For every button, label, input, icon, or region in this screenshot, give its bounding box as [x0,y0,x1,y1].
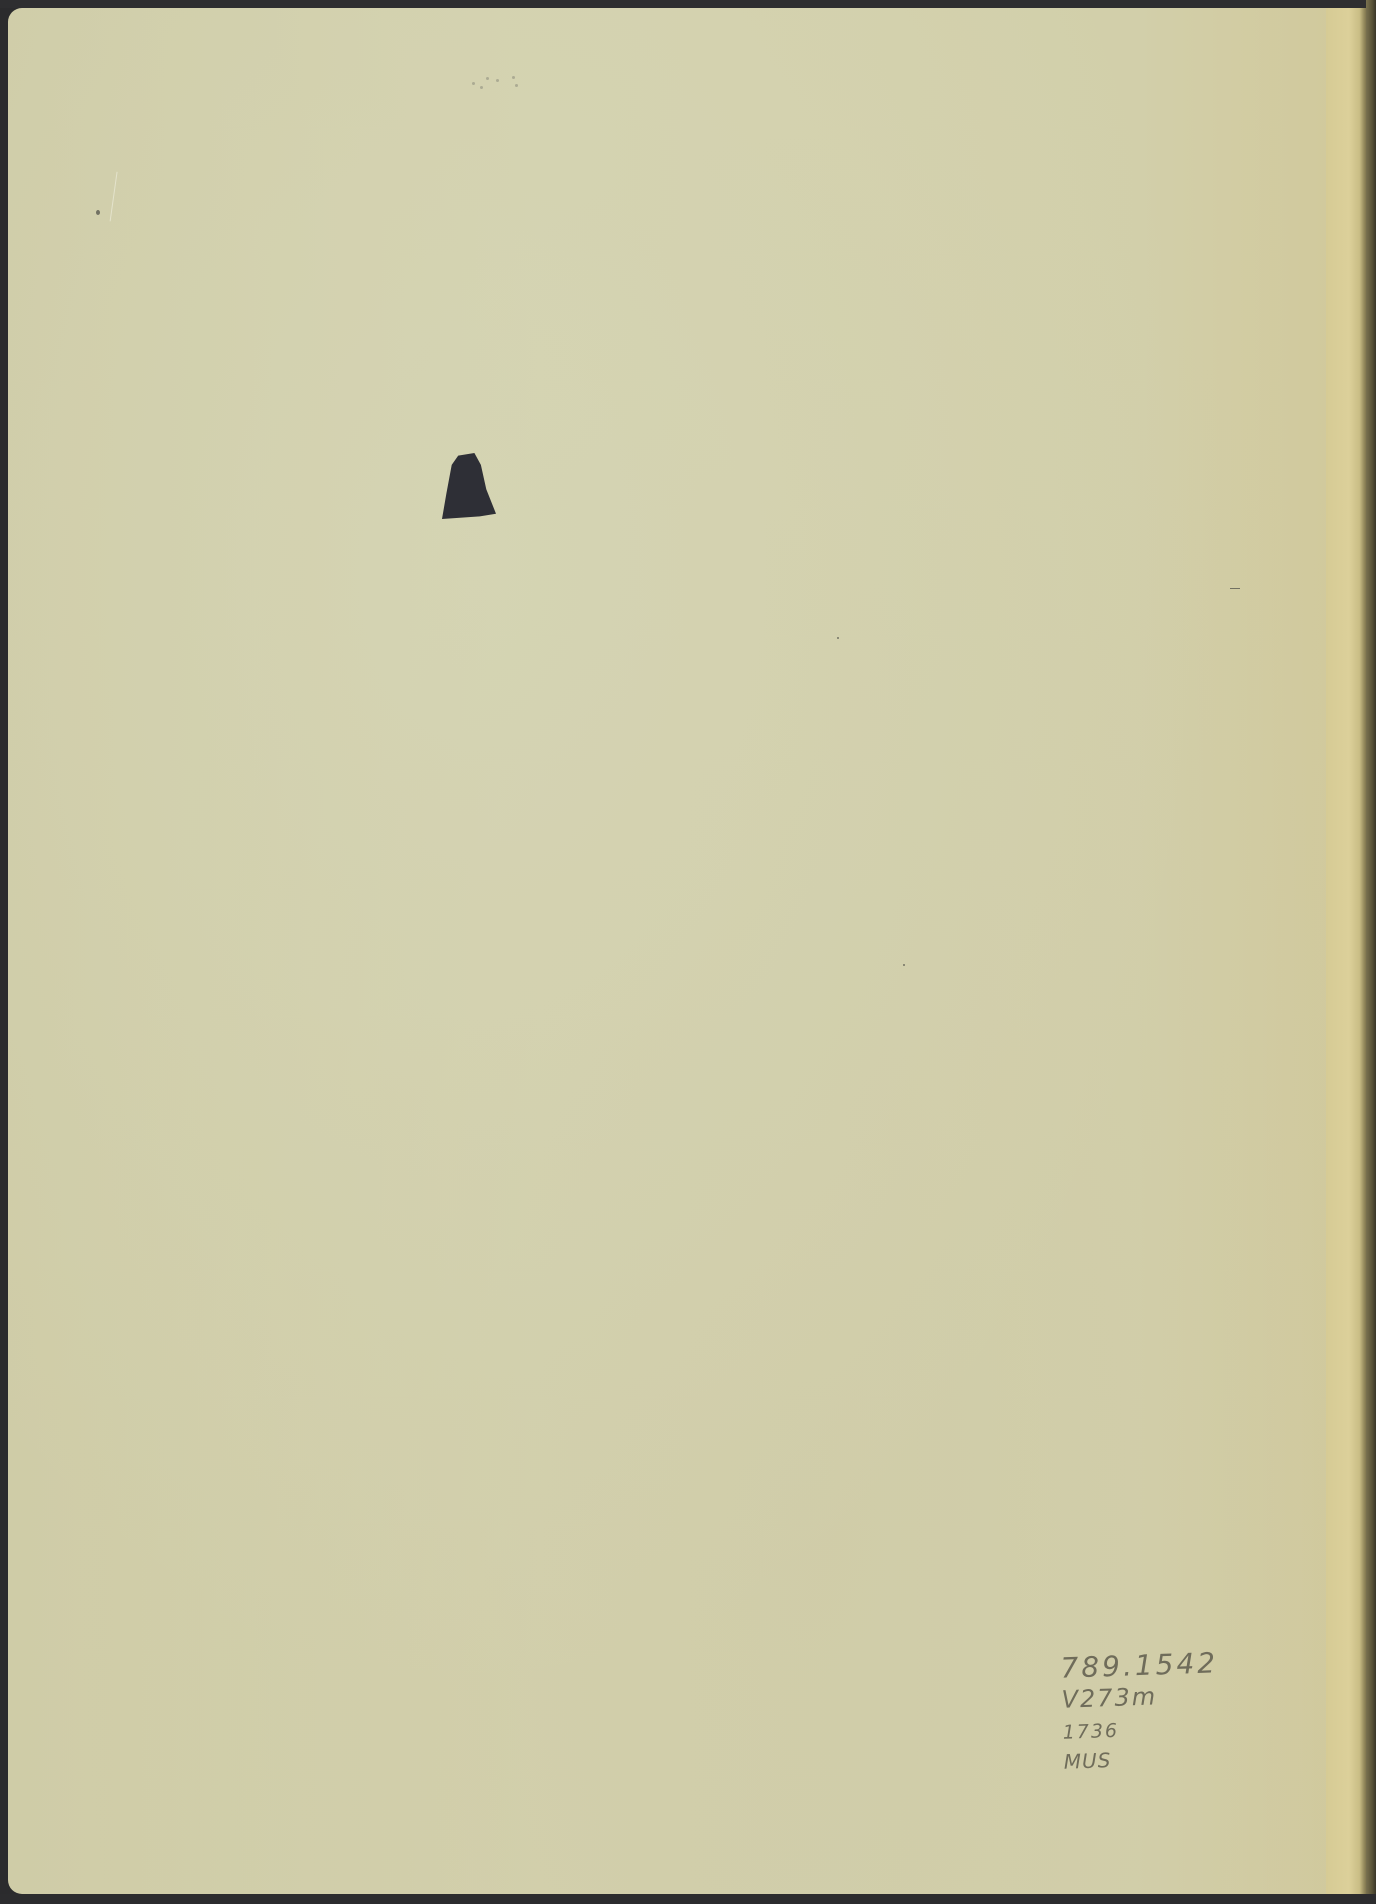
scanned-page-frame: 789.1542 V273m 1736 MUS [0,0,1376,1904]
call-number-classification: 789.1542 [1060,1647,1219,1685]
paper-crease [110,172,138,224]
call-number-cutter: V273m [1061,1681,1219,1714]
scan-border-bottom [0,1894,1376,1904]
dust-speck [1230,588,1240,589]
paper-page [8,8,1336,1894]
scan-border-top [0,0,1376,8]
handwritten-call-number: 789.1542 V273m 1736 MUS [1060,1647,1222,1773]
dust-speck [96,210,100,215]
call-number-year: 1736 [1062,1717,1220,1744]
dust-speck [837,637,839,639]
scan-border-right [1366,0,1376,1904]
dust-speck [903,964,905,966]
page-fore-edge [1326,8,1368,1894]
faint-stamp-marks [468,74,538,94]
